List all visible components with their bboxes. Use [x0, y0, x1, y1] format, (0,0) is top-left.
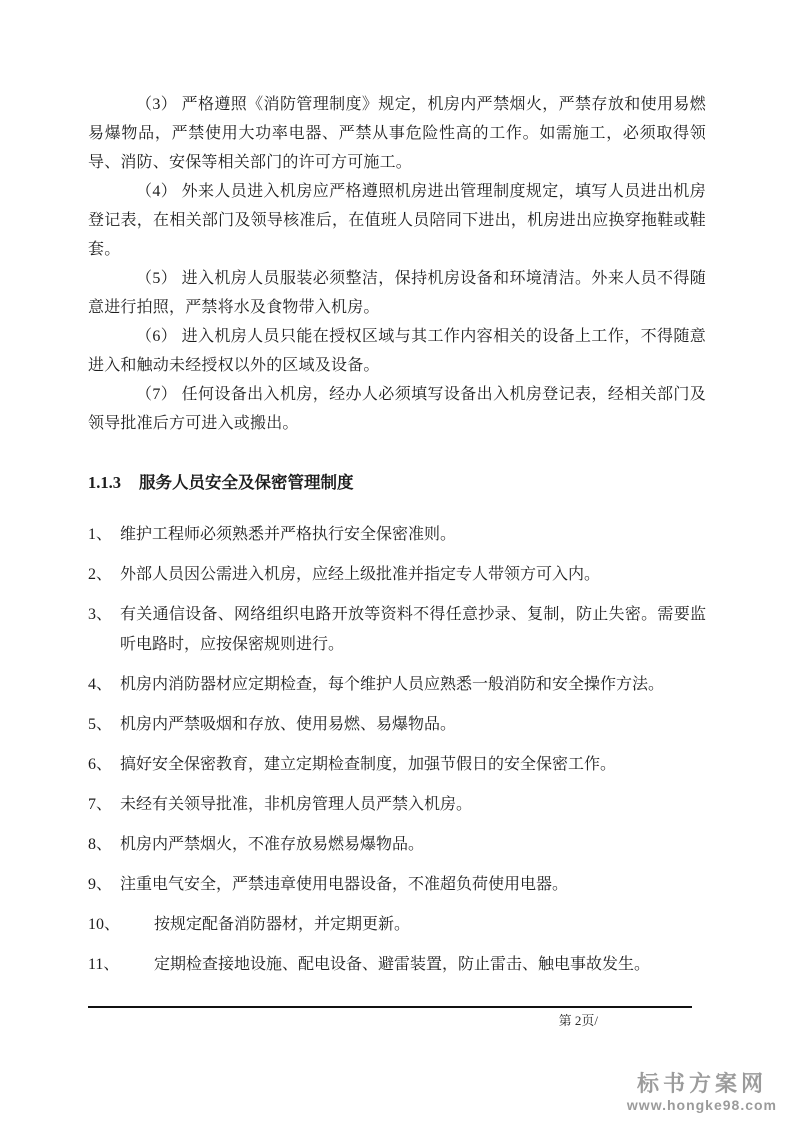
list-item: 8、 机房内严禁烟火，不准存放易燃易爆物品。: [88, 830, 706, 860]
section-number: 1.1.3: [88, 473, 121, 492]
list-item: 2、 外部人员因公需进入机房，应经上级批准并指定专人带领方可入内。: [88, 560, 706, 590]
watermark-site-name: 标书方案网: [627, 1071, 777, 1097]
list-item-number: 10、: [88, 910, 154, 940]
list-item-text: 定期检查接地设施、配电设备、避雷装置，防止雷击、触电事故发生。: [154, 950, 706, 980]
list-item: 5、 机房内严禁吸烟和存放、使用易燃、易爆物品。: [88, 710, 706, 740]
document-page: （3） 严格遵照《消防管理制度》规定，机房内严禁烟火，严禁存放和使用易燃易爆物品…: [0, 0, 793, 1122]
watermark: 标书方案网 www.hongke98.com: [627, 1071, 777, 1114]
paragraph-item-4: （4） 外来人员进入机房应严格遵照机房进出管理制度规定，填写人员进出机房登记表，…: [88, 177, 706, 264]
list-item-text: 有关通信设备、网络组织电路开放等资料不得任意抄录、复制，防止失密。需要监听电路时…: [120, 600, 706, 660]
list-item-text: 机房内消防器材应定期检查，每个维护人员应熟悉一般消防和安全操作方法。: [120, 670, 706, 700]
list-item-text: 按规定配备消防器材，并定期更新。: [154, 910, 706, 940]
list-item: 4、 机房内消防器材应定期检查，每个维护人员应熟悉一般消防和安全操作方法。: [88, 670, 706, 700]
list-item-number: 1、: [88, 520, 120, 550]
list-item-text: 注重电气安全，严禁违章使用电器设备，不准超负荷使用电器。: [120, 870, 706, 900]
list-item-text: 机房内严禁烟火，不准存放易燃易爆物品。: [120, 830, 706, 860]
list-item: 10、 按规定配备消防器材，并定期更新。: [88, 910, 706, 940]
watermark-site-url: www.hongke98.com: [627, 1097, 777, 1114]
list-item-number: 4、: [88, 670, 120, 700]
list-item: 6、 搞好安全保密教育，建立定期检查制度，加强节假日的安全保密工作。: [88, 750, 706, 780]
list-item: 3、 有关通信设备、网络组织电路开放等资料不得任意抄录、复制，防止失密。需要监听…: [88, 600, 706, 660]
list-item-text: 机房内严禁吸烟和存放、使用易燃、易爆物品。: [120, 710, 706, 740]
list-item-text: 外部人员因公需进入机房，应经上级批准并指定专人带领方可入内。: [120, 560, 706, 590]
paragraph-item-3: （3） 严格遵照《消防管理制度》规定，机房内严禁烟火，严禁存放和使用易燃易爆物品…: [88, 90, 706, 177]
list-item-number: 9、: [88, 870, 120, 900]
list-item: 9、 注重电气安全，严禁违章使用电器设备，不准超负荷使用电器。: [88, 870, 706, 900]
list-item: 1、 维护工程师必须熟悉并严格执行安全保密准则。: [88, 520, 706, 550]
list-item-number: 8、: [88, 830, 120, 860]
list-item-text: 维护工程师必须熟悉并严格执行安全保密准则。: [120, 520, 706, 550]
page-number: 第 2页/: [88, 1010, 692, 1029]
list-item-number: 7、: [88, 790, 120, 820]
list-item-text: 未经有关领导批准，非机房管理人员严禁入机房。: [120, 790, 706, 820]
list-item-text: 搞好安全保密教育，建立定期检查制度，加强节假日的安全保密工作。: [120, 750, 706, 780]
section-heading: 1.1.3服务人员安全及保密管理制度: [88, 468, 706, 498]
paragraph-item-6: （6） 进入机房人员只能在授权区域与其工作内容相关的设备上工作，不得随意进入和触…: [88, 322, 706, 380]
list-item-number: 5、: [88, 710, 120, 740]
footer-divider: [88, 1006, 692, 1008]
section-title: 服务人员安全及保密管理制度: [139, 473, 354, 492]
paragraph-item-5: （5） 进入机房人员服装必须整洁，保持机房设备和环境清洁。外来人员不得随意进行拍…: [88, 264, 706, 322]
list-item-number: 3、: [88, 600, 120, 660]
list-item-number: 2、: [88, 560, 120, 590]
document-body: （3） 严格遵照《消防管理制度》规定，机房内严禁烟火，严禁存放和使用易燃易爆物品…: [88, 90, 706, 990]
list-item: 7、 未经有关领导批准，非机房管理人员严禁入机房。: [88, 790, 706, 820]
list-item-number: 11、: [88, 950, 154, 980]
list-item: 11、 定期检查接地设施、配电设备、避雷装置，防止雷击、触电事故发生。: [88, 950, 706, 980]
paragraph-item-7: （7） 任何设备出入机房，经办人必须填写设备出入机房登记表，经相关部门及领导批准…: [88, 380, 706, 438]
list-item-number: 6、: [88, 750, 120, 780]
